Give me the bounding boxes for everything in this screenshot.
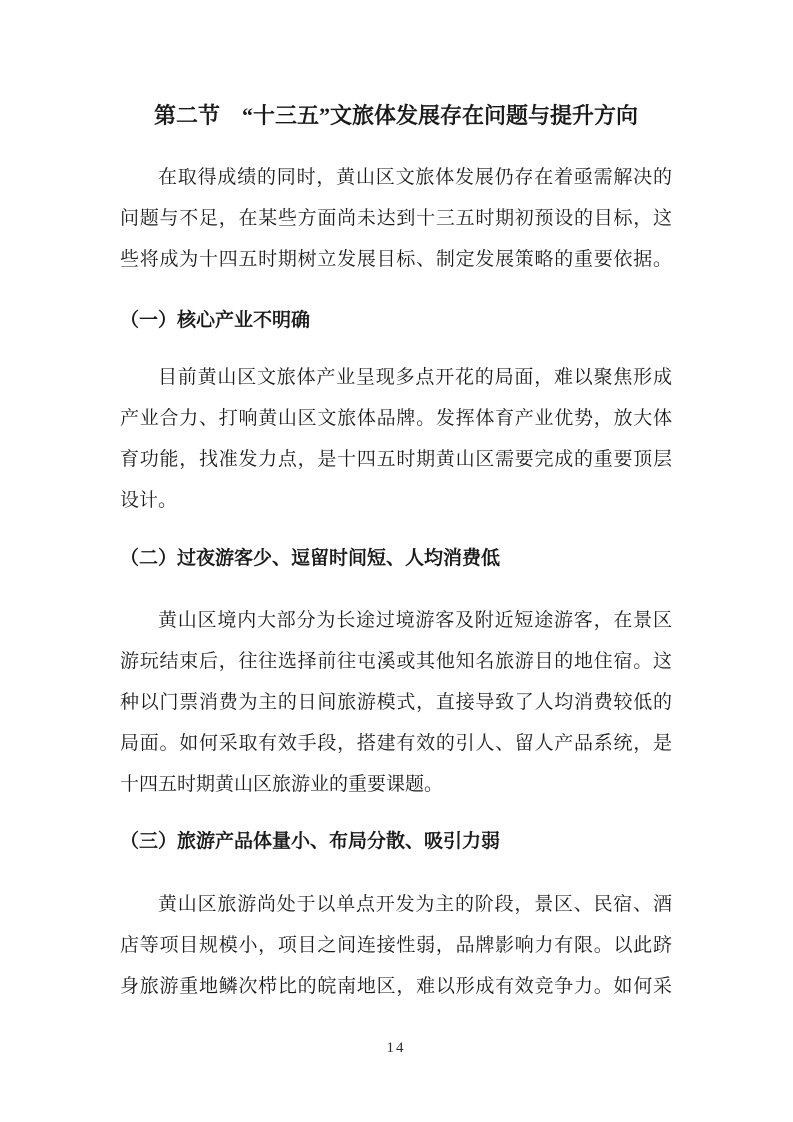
body-line: 目前黄山区文旅体产业呈现多点开花的局面，难以聚焦形成 bbox=[120, 357, 672, 398]
body-line: 设计。 bbox=[120, 480, 672, 521]
section2-paragraph: 黄山区境内大部分为长途过境游客及附近短途游客，在景区 游玩结束后，往往选择前往屯… bbox=[120, 600, 672, 805]
document-page: 第二节 “十三五”文旅体发展存在问题与提升方向 在取得成绩的同时，黄山区文旅体发… bbox=[0, 0, 793, 1122]
body-line: 问题与不足，在某些方面尚未达到十三五时期初预设的目标，这 bbox=[120, 198, 672, 239]
body-line: 种以门票消费为主的日间旅游模式，直接导致了人均消费较低的 bbox=[120, 682, 672, 723]
body-line: 产业合力、打响黄山区文旅体品牌。发挥体育产业优势，放大体 bbox=[120, 398, 672, 439]
body-line: 十四五时期黄山区旅游业的重要课题。 bbox=[120, 764, 672, 805]
body-line: 身旅游重地鳞次栉比的皖南地区，难以形成有效竞争力。如何采 bbox=[120, 966, 672, 1007]
body-line: 些将成为十四五时期树立发展目标、制定发展策略的重要依据。 bbox=[120, 239, 672, 280]
body-line: 游玩结束后，往往选择前往屯溪或其他知名旅游目的地住宿。这 bbox=[120, 641, 672, 682]
subsection-heading-3: （三）旅游产品体量小、布局分散、吸引力弱 bbox=[120, 827, 672, 857]
intro-paragraph: 在取得成绩的同时，黄山区文旅体发展仍存在着亟需解决的 问题与不足，在某些方面尚未… bbox=[120, 157, 672, 280]
subsection-heading-2: （二）过夜游客少、逗留时间短、人均消费低 bbox=[120, 544, 672, 574]
body-line: 育功能，找准发力点，是十四五时期黄山区需要完成的重要顶层 bbox=[120, 439, 672, 480]
section3-paragraph: 黄山区旅游尚处于以单点开发为主的阶段，景区、民宿、酒 店等项目规模小，项目之间连… bbox=[120, 884, 672, 1007]
page-number: 14 bbox=[120, 1038, 672, 1058]
body-line: 黄山区旅游尚处于以单点开发为主的阶段，景区、民宿、酒 bbox=[120, 884, 672, 925]
section1-paragraph: 目前黄山区文旅体产业呈现多点开花的局面，难以聚焦形成 产业合力、打响黄山区文旅体… bbox=[120, 357, 672, 521]
page-content: 第二节 “十三五”文旅体发展存在问题与提升方向 在取得成绩的同时，黄山区文旅体发… bbox=[120, 0, 672, 1122]
body-line: 店等项目规模小，项目之间连接性弱，品牌影响力有限。以此跻 bbox=[120, 925, 672, 966]
section-title: 第二节 “十三五”文旅体发展存在问题与提升方向 bbox=[120, 99, 672, 133]
body-line: 在取得成绩的同时，黄山区文旅体发展仍存在着亟需解决的 bbox=[120, 157, 672, 198]
body-line: 黄山区境内大部分为长途过境游客及附近短途游客，在景区 bbox=[120, 600, 672, 641]
subsection-heading-1: （一）核心产业不明确 bbox=[120, 306, 672, 336]
body-line: 局面。如何采取有效手段，搭建有效的引人、留人产品系统，是 bbox=[120, 723, 672, 764]
